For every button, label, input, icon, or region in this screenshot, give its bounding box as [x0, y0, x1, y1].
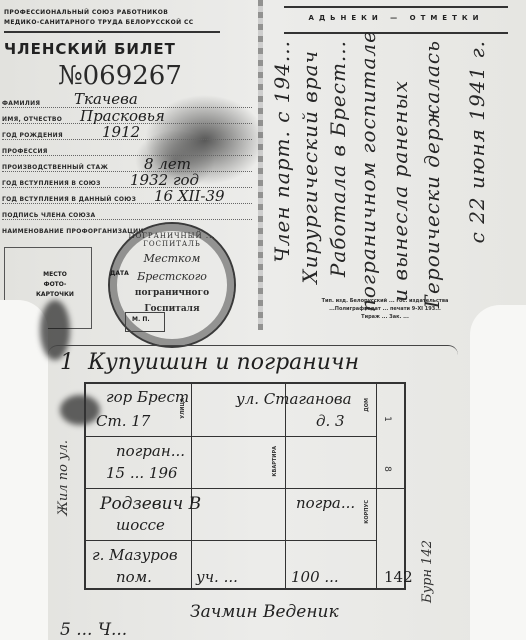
imprint-line3: Тираж ... Зак. ... — [285, 313, 485, 321]
cell-text: погран... — [116, 442, 185, 460]
divider — [4, 31, 220, 33]
cell-text: 15 ... 196 — [106, 464, 178, 482]
cell-text: гор Брест — [106, 388, 189, 406]
stamp-line1: Местком — [110, 252, 234, 265]
union-name: ПРОФЕССИОНАЛЬНЫЙ СОЮЗ РАБОТНИКОВ МЕДИКО-… — [4, 8, 218, 28]
row-number: 142 — [384, 568, 413, 586]
field-value: Ткачева — [74, 90, 138, 108]
table-col-divider — [376, 384, 377, 588]
stamp-line3: пограничного — [110, 288, 234, 298]
card-spine — [258, 0, 263, 330]
cell-text: погра... — [296, 494, 355, 512]
field-label: ПРОФЕССИЯ — [2, 148, 48, 155]
cell-text: д. 3 — [316, 412, 345, 430]
photo-placeholder-label: МЕСТО ФОТО-КАРТОЧКИ — [35, 270, 75, 300]
union-name-line2: МЕДИКО-САНИТАРНОГО ТРУДА БЕЛОРУССКОЙ СС — [4, 18, 218, 28]
cell-text: 100 ... — [291, 568, 339, 586]
handwritten-note: пограничном госпитале — [356, 30, 380, 312]
row-number: 1 — [382, 416, 392, 422]
field-label: ГОД РОЖДЕНИЯ — [2, 132, 63, 139]
field-surname: ФАМИЛИЯ Ткачева — [2, 92, 252, 108]
field-label: ГОД ВСТУПЛЕНИЯ В ДАННЫЙ СОЮЗ — [2, 196, 136, 203]
col-label: ДОМ — [364, 398, 370, 412]
handwritten-note: с 22 июня 1941 г. — [465, 40, 489, 243]
table-col-divider — [285, 384, 286, 588]
row-number: 8 — [382, 466, 392, 472]
field-work-experience: ПРОИЗВОДСТВЕННЫЙ СТАЖ 8 лет — [2, 156, 252, 172]
field-this-union-join-date: ГОД ВСТУПЛЕНИЯ В ДАННЫЙ СОЮЗ 16 XII-39 — [2, 188, 252, 204]
cell-text: г. Мазуров — [92, 546, 178, 564]
field-label: ГОД ВСТУПЛЕНИЯ В СОЮЗ — [2, 180, 101, 187]
field-union-join-year: ГОД ВСТУПЛЕНИЯ В СОЮЗ 1932 год — [2, 172, 252, 188]
table-row-divider — [86, 540, 376, 541]
field-label: ИМЯ, ОТЧЕСТВО — [2, 116, 62, 123]
field-birth-year: ГОД РОЖДЕНИЯ 1912 — [2, 124, 252, 140]
signature-line2: 5 ... Ч... — [60, 620, 127, 640]
handwritten-note: Член парт. с 194... — [270, 40, 294, 263]
field-name-patronymic: ИМЯ, ОТЧЕСТВО Прасковья — [2, 108, 252, 124]
right-margin-note: Бурн 142 — [420, 540, 435, 603]
field-label: ФАМИЛИЯ — [2, 100, 40, 107]
table-row-divider — [86, 436, 376, 437]
union-name-line1: ПРОФЕССИОНАЛЬНЫЙ СОЮЗ РАБОТНИКОВ — [4, 8, 218, 18]
card-title: ЧЛЕНСКИЙ БИЛЕТ — [4, 40, 176, 58]
imprint-line2: ...Полиграфиздат ... печати 9-XI 193... — [285, 305, 485, 313]
field-value: 1912 — [102, 123, 140, 141]
notes-header: АДЬНЕКИ — ОТМЕТКИ — [284, 6, 508, 34]
field-member-signature: ПОДПИСЬ ЧЛЕНА СОЮЗА — [2, 204, 252, 220]
cell-text: шоссе — [116, 516, 165, 534]
address-table: УЛИЦА КВАРТИРА ДОМ КОРПУС 1 8 гор Брест … — [84, 382, 406, 590]
cell-text: Родзевич В — [100, 494, 201, 514]
notes-header-text: АДЬНЕКИ — ОТМЕТКИ — [284, 14, 508, 22]
handwritten-note: и вынесла раненых — [388, 80, 412, 302]
table-row-divider — [86, 488, 406, 489]
handwritten-note: Хирургический врач — [298, 50, 322, 284]
printer-imprint: Тип. изд. Белорусский ... гос. издательс… — [285, 297, 485, 321]
col-label: КОРПУС — [364, 500, 370, 524]
cell-text: ул. Стаганова — [236, 390, 352, 408]
cell-text: уч. ... — [196, 568, 238, 586]
torn-edge-left — [0, 300, 48, 640]
seal-place-box: М. П. — [125, 312, 165, 332]
left-margin-note: Жил по ул. — [56, 440, 71, 516]
torn-edge-right — [470, 305, 526, 640]
flap-heading-text: Купуишин и пограничн — [88, 350, 359, 375]
cell-text: Ст. 17 — [96, 412, 150, 430]
flap-heading: 1 Купуишин и пограничн — [60, 350, 359, 375]
imprint-line1: Тип. изд. Белорусский ... гос. издательс… — [285, 297, 485, 305]
table-col-divider — [191, 384, 192, 588]
handwritten-note: Героически держалась — [420, 40, 444, 308]
stamp-date-label: ДАТА — [110, 270, 129, 277]
col-label: КВАРТИРА — [272, 446, 278, 477]
field-label: ПРОИЗВОДСТВЕННЫЙ СТАЖ — [2, 164, 108, 171]
handwritten-note: Работала в Брест... — [326, 40, 350, 277]
cell-text: пом. — [116, 568, 152, 586]
field-value: 16 XII-39 — [154, 187, 225, 205]
field-label: ПОДПИСЬ ЧЛЕНА СОЮЗА — [2, 212, 95, 219]
flap-heading-number: 1 — [60, 350, 74, 375]
stamp-ring-text: ПОГРАНИЧНЫЙ ... ГОСПИТАЛЬ — [110, 232, 234, 248]
signature-line1: Зачмин Веденик — [190, 602, 339, 622]
card-number: №069267 — [58, 61, 182, 91]
field-profession: ПРОФЕССИЯ — [2, 140, 252, 156]
